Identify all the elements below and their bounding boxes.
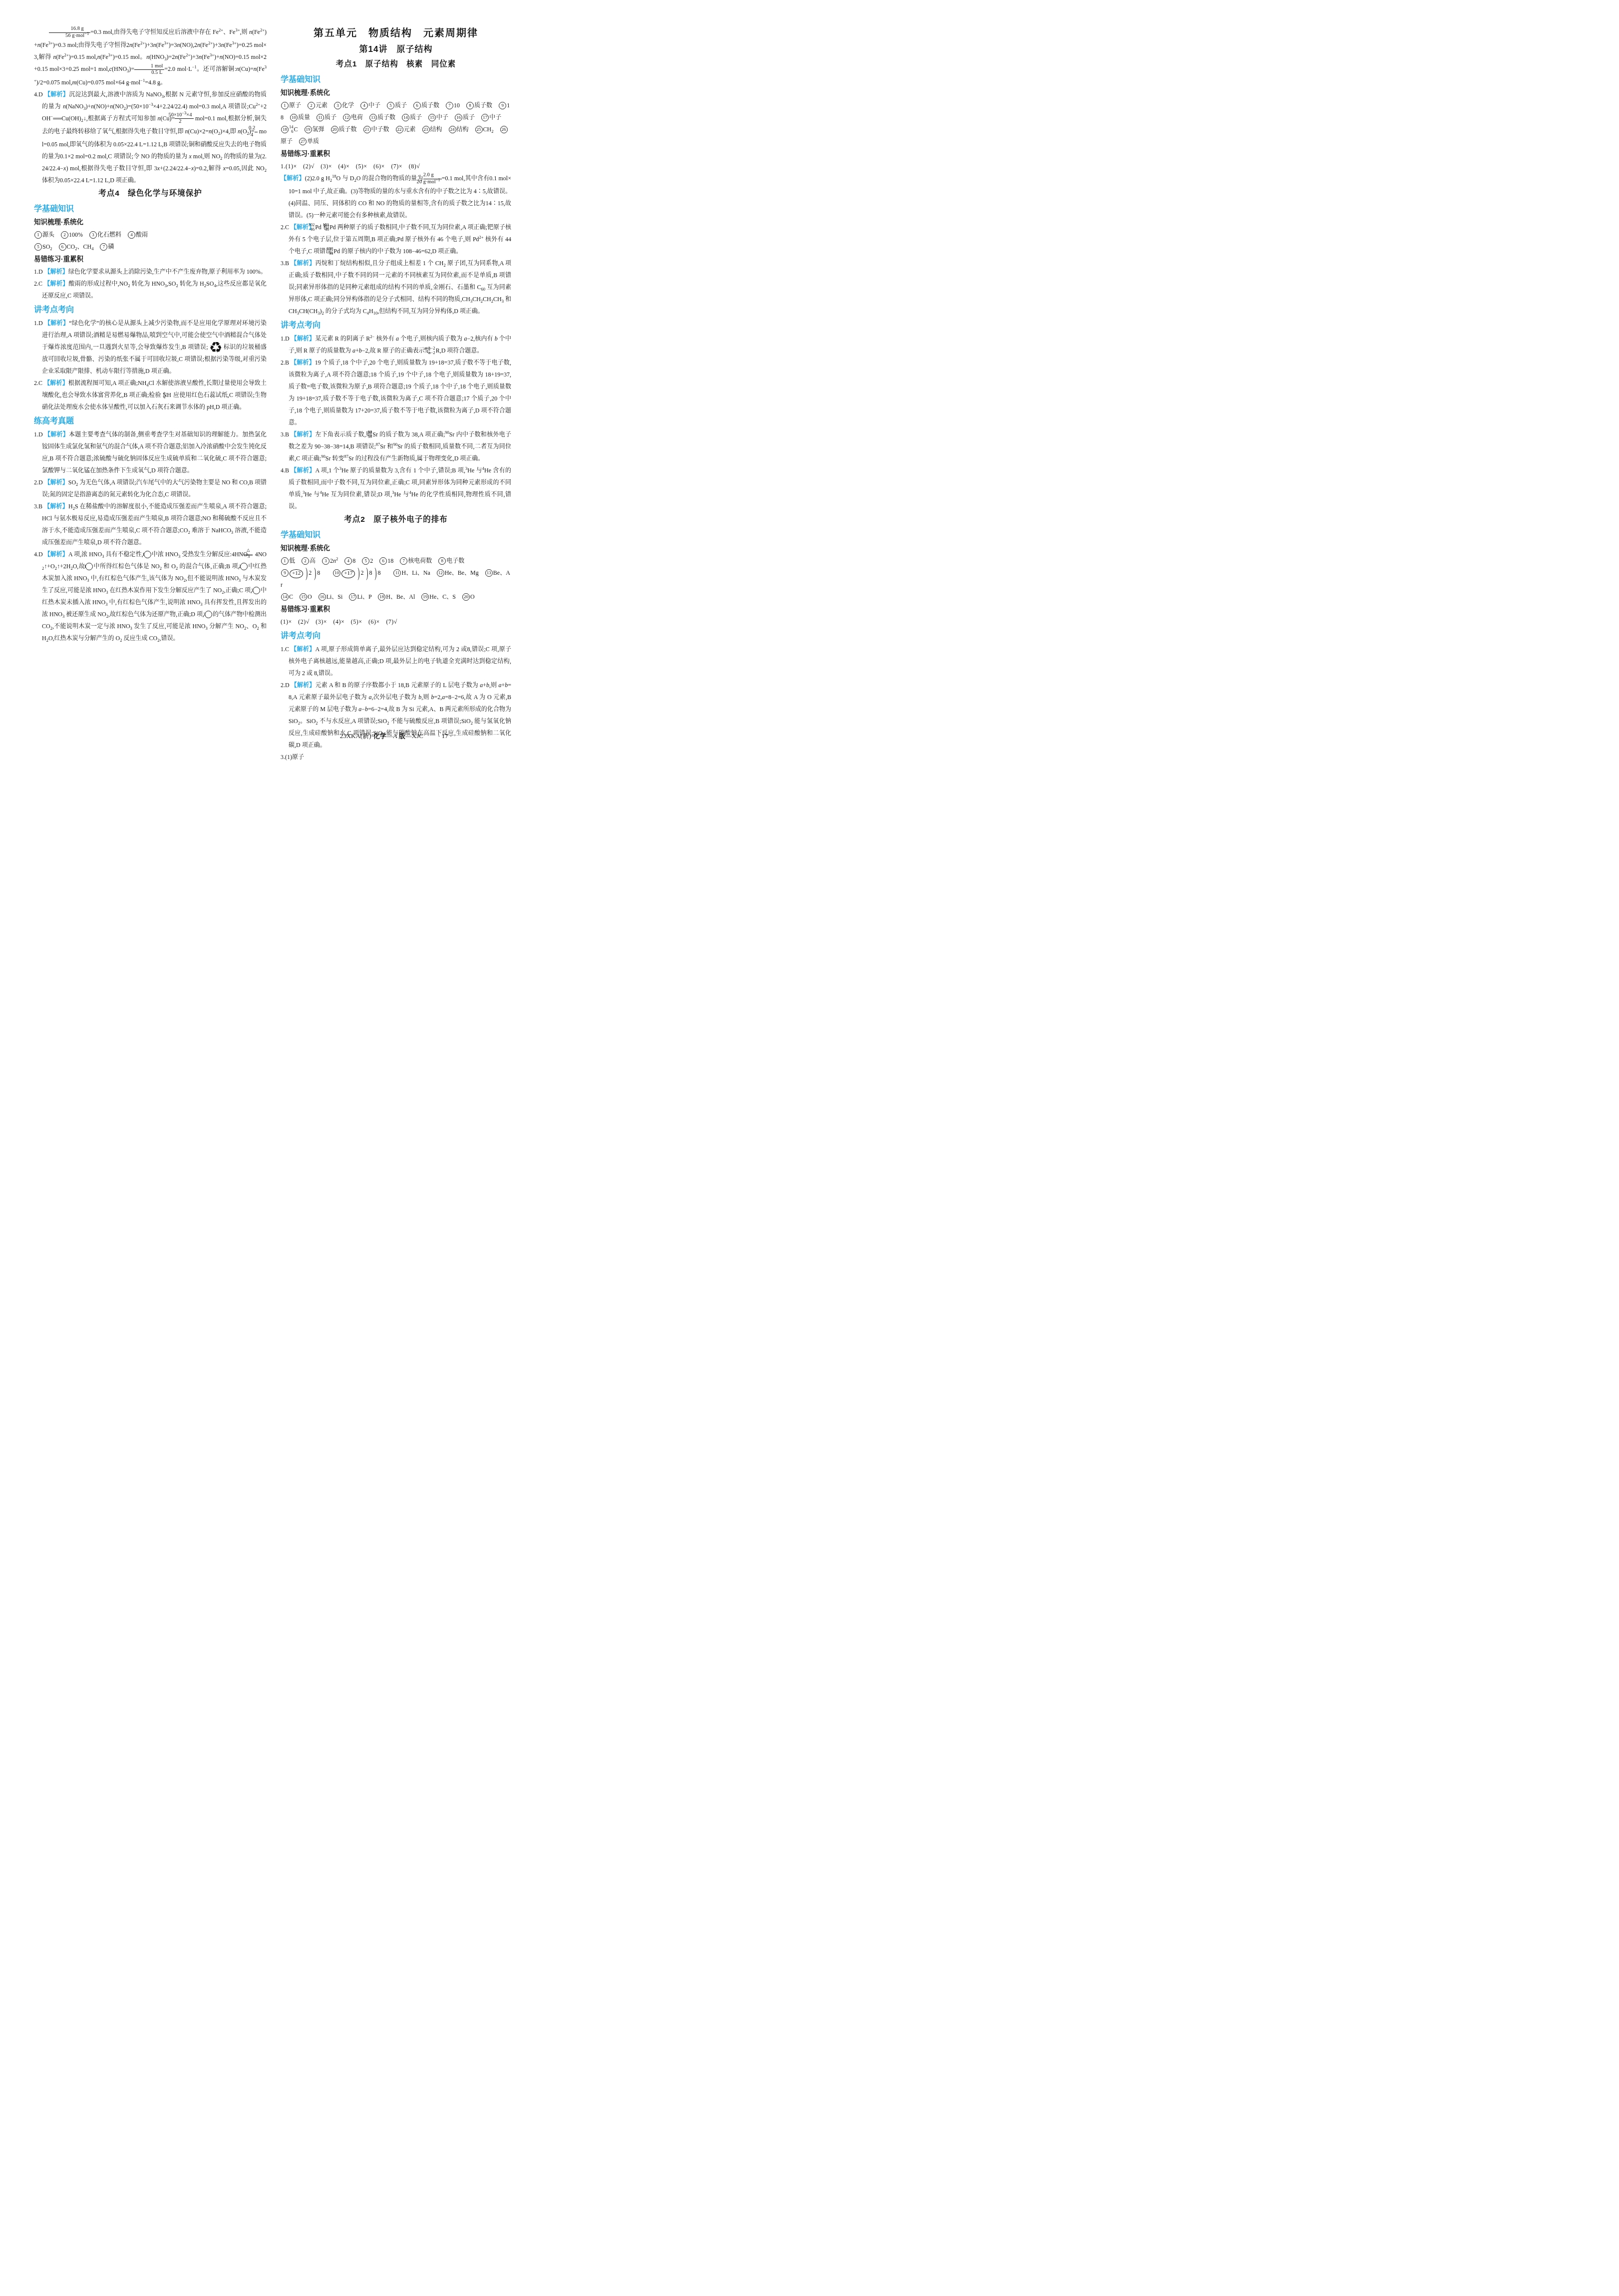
subsection-heading: 知识梳理·系统化 — [281, 87, 511, 99]
paragraph: 1.C 【解析】A 项,原子形成简单离子,最外层应达到稳定结构,可为 2 或8,… — [281, 643, 511, 679]
section-heading: 学基础知识 — [281, 528, 511, 542]
kaodian-heading: 考点1 原子结构 核素 同位素 — [281, 58, 511, 71]
paragraph: 2.D 【解析】元素 A 和 B 的原子序数都小于 18,B 元素原子的 L 层… — [281, 679, 511, 751]
lecture-title: 第14讲 原子结构 — [281, 43, 511, 56]
section-heading: 学基础知识 — [34, 202, 267, 216]
right-column: 第五单元 物质结构 元素周期律第14讲 原子结构考点1 原子结构 核素 同位素学… — [281, 26, 511, 763]
section-heading: 讲考点考向 — [281, 319, 511, 332]
unit-title: 第五单元 物质结构 元素周期律 — [281, 26, 511, 41]
paragraph: 3.B 【解析】左下角表示质子数,则9038Sr 的质子数为 38,A 项正确;… — [281, 428, 511, 464]
subsection-heading: 知识梳理·系统化 — [34, 216, 267, 228]
fill-in-line: 1源头 2100% 3化石燃料 4酸雨 — [34, 229, 267, 241]
paragraph: 4.D 【解析】A 项,浓 HNO3 具有不稳定性,1中浓 HNO3 受热发生分… — [34, 548, 267, 644]
continued-paragraph: 16.8 g56 g·mol−1=0.3 mol,由得失电子守恒知反应后溶液中存… — [34, 26, 267, 88]
paragraph: 1.D 【解析】某元素 R 的阴离子 R2− 核外有 a 个电子,则核内质子数为… — [281, 333, 511, 357]
section-heading: 讲考点考向 — [34, 303, 267, 317]
paragraph: 3.(1)原子 — [281, 751, 511, 763]
answer-line: 1.(1)× (2)√ (3)× (4)× (5)× (6)× (7)× (8)… — [281, 160, 511, 172]
fill-in-line: 14C 15O 16Li、Si 17Li、P 18H、Be、Al 19He、C、… — [281, 591, 511, 603]
paragraph: 2.C 【解析】酸雨的形成过程中,NO2 转化为 HNO3,SO2 转化为 H2… — [34, 278, 267, 302]
subsection-heading: 易错练习·重累积 — [281, 148, 511, 160]
section-heading: 学基础知识 — [281, 73, 511, 86]
paragraph: 2.C 【解析】根据流程图可知,A 项正确;NH4Cl 水解使溶液呈酸性,长期过… — [34, 377, 267, 413]
paragraph: 3.B 【解析】丙烷和丁烷结构相似,且分子组成上相差 1 个 CH2 原子团,互… — [281, 257, 511, 317]
section-heading: 讲考点考向 — [281, 629, 511, 643]
bohr-nucleus: +17 — [341, 569, 355, 578]
subsection-heading: 易错练习·重累积 — [281, 603, 511, 615]
paragraph: 4.B 【解析】A 项,1 个3He 原子的质量数为 3,含有 1 个中子,错误… — [281, 464, 511, 512]
imprint-text: 23XKA(新)·化学—A 版—XJC — [340, 732, 423, 740]
kaodian-heading: 考点4 绿色化学与环境保护 — [34, 187, 267, 200]
paragraph: 3.B 【解析】H2S 在稀盐酸中的溶解度很小,不能造成压强差而产生喷泉,A 项… — [34, 500, 267, 548]
workbook-page: 16.8 g56 g·mol−1=0.3 mol,由得失电子守恒知反应后溶液中存… — [0, 0, 540, 765]
section-heading: 练高考真题 — [34, 414, 267, 428]
recycle-icon: ♻ — [209, 339, 223, 357]
subsection-heading: 知识梳理·系统化 — [281, 542, 511, 554]
paragraph: 【解析】(2)2.0 g H218O 与 D2O 的混合物的物质的量为2.0 g… — [281, 172, 511, 221]
subsection-heading: 易错练习·重累积 — [34, 253, 267, 265]
page-footer: 23XKA(新)·化学—A 版—XJC · 17 · — [281, 731, 511, 740]
paragraph: 1.D 【解析】绿色化学要求从源头上消除污染,生产中不产生废弃物,原子利用率为 … — [34, 266, 267, 278]
bohr-nucleus: +12 — [290, 569, 303, 578]
paragraph: 2.B 【解析】19 个质子,18 个中子,20 个电子,则质量数为 19+18… — [281, 357, 511, 428]
page-number: · 17 · — [438, 732, 452, 740]
paragraph: 2.D 【解析】SO2 为无色气体,A 项错误;汽车尾气中的大气污染物主要是 N… — [34, 476, 267, 500]
fill-in-line: 5SO2 6CO2、CH4 7磷 — [34, 241, 267, 253]
left-column: 16.8 g56 g·mol−1=0.3 mol,由得失电子守恒知反应后溶液中存… — [34, 26, 267, 644]
paragraph: 1.D 【解析】“绿色化学”的核心是从源头上减少污染物,而不是应用化学原理对环境… — [34, 317, 267, 377]
kaodian-heading: 考点2 原子核外电子的排布 — [281, 513, 511, 526]
answer-line: (1)× (2)√ (3)× (4)× (5)× (6)× (7)√ — [281, 616, 511, 628]
paragraph: 2.C 【解析】10246Pd 和10346Pd 两种原子的质子数相同,中子数不… — [281, 221, 511, 257]
fill-in-line: 1原子 2元素 3化学 4中子 5质子 6质子数 710 8质子数 918 10… — [281, 99, 511, 147]
paragraph: 4.D 【解析】沉淀达到最大,溶液中溶质为 NaNO3,根据 N 元素守恒,参加… — [34, 88, 267, 187]
paragraph: 1.D 【解析】本题主要考查气体的制备,侧重考查学生对基础知识的理解能力。加热氯… — [34, 428, 267, 476]
fill-in-line: 9+12)2)8 10+17)2)8)8 11H、Li、Na 12He、Be、M… — [281, 567, 511, 591]
